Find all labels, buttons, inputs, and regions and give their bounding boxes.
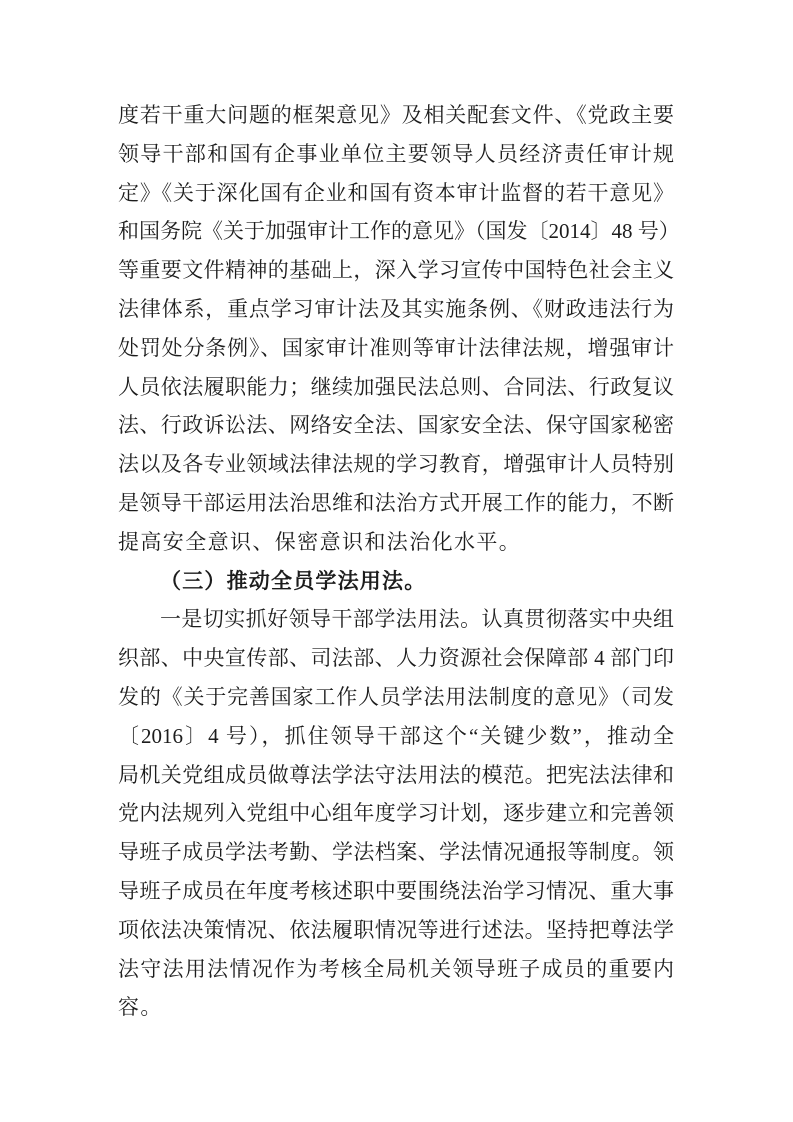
document-page: 度若干重大问题的框架意见》及相关配套文件、《党政主要 领导干部和国有企事业单位主… [0,0,793,1122]
text-line: 一是切实抓好领导干部学法用法。认真贯彻落实中央组 [118,600,674,639]
text-line: 人员依法履职能力；继续加强民法总则、合同法、行政复议 [118,368,674,407]
text-line: 和国务院《关于加强审计工作的意见》（国发〔2014〕48 号） [118,212,674,251]
text-line: 提高安全意识、保密意识和法治化水平。 [118,523,674,562]
text-line: 法律体系，重点学习审计法及其实施条例、《财政违法行为 [118,290,674,329]
text-line: 法、行政诉讼法、网络安全法、国家安全法、保守国家秘密 [118,406,674,445]
text-line: 度若干重大问题的框架意见》及相关配套文件、《党政主要 [118,96,674,135]
text-line: 定》《关于深化国有企业和国有资本审计监督的若干意见》 [118,174,674,213]
text-line: 等重要文件精神的基础上，深入学习宣传中国特色社会主义 [118,251,674,290]
text-line: 处罚处分条例》、国家审计准则等审计法律法规，增强审计 [118,329,674,368]
text-line: 导班子成员学法考勤、学法档案、学法情况通报等制度。领 [118,833,674,872]
text-line: 党内法规列入党组中心组年度学习计划，逐步建立和完善领 [118,794,674,833]
text-line: 领导干部和国有企事业单位主要领导人员经济责任审计规 [118,135,674,174]
section-heading: （三）推动全员学法用法。 [118,562,674,601]
text-line: 法以及各专业领域法律法规的学习教育，增强审计人员特别 [118,445,674,484]
text-line: 导班子成员在年度考核述职中要围绕法治学习情况、重大事 [118,872,674,911]
text-line: 发的《关于完善国家工作人员学法用法制度的意见》（司发 [118,678,674,717]
text-line: 法守法用法情况作为考核全局机关领导班子成员的重要内 [118,950,674,989]
text-line: 是领导干部运用法治思维和法治方式开展工作的能力，不断 [118,484,674,523]
text-line: 项依法决策情况、依法履职情况等进行述法。坚持把尊法学 [118,911,674,950]
text-line: 容。 [118,988,674,1027]
text-line: 织部、中央宣传部、司法部、人力资源社会保障部 4 部门印 [118,639,674,678]
text-line: 〔2016〕4 号），抓住领导干部这个“关键少数”，推动全 [118,717,674,756]
text-line: 局机关党组成员做尊法学法守法用法的模范。把宪法法律和 [118,756,674,795]
